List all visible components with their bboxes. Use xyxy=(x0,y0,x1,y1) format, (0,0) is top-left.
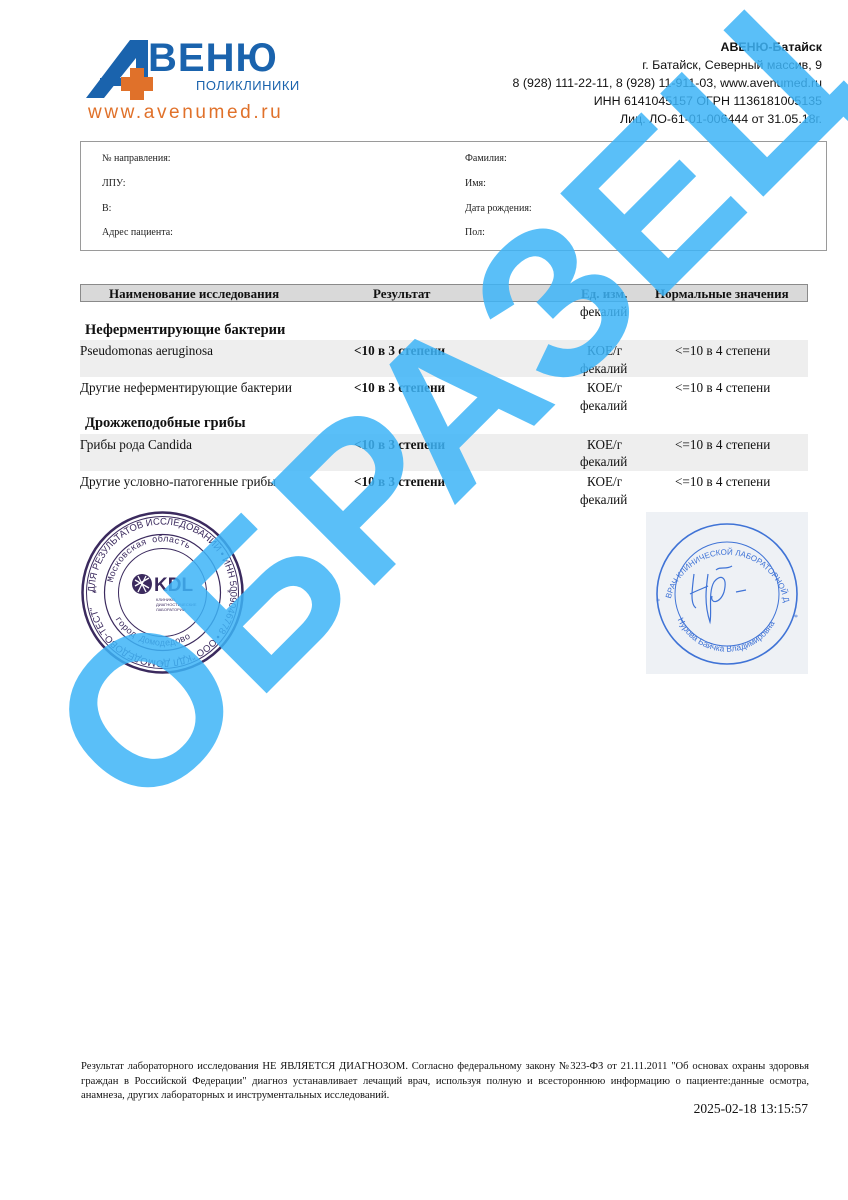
svg-text:*: * xyxy=(160,660,165,670)
table-header: Наименование исследования Результат Ед. … xyxy=(80,284,808,302)
logo-brand: ВЕНЮ xyxy=(148,38,278,78)
clinic-logo: ВЕНЮ ПОЛИКЛИНИКИ www.avenumed.ru xyxy=(86,38,306,128)
test-unit-line2: фекалий xyxy=(580,492,627,508)
report-timestamp: 2025-02-18 13:15:57 xyxy=(694,1101,808,1117)
test-result: <10 в 3 степени xyxy=(354,343,445,359)
test-name: Pseudomonas aeruginosa xyxy=(80,343,213,359)
organization-details: АВЕНЮ-Батайск г. Батайск, Северный масси… xyxy=(513,38,822,128)
table-row: Грибы рода Candida <10 в 3 степени КОЕ/г… xyxy=(80,434,808,471)
test-unit: КОЕ/г xyxy=(587,380,622,396)
org-address: г. Батайск, Северный массив, 9 xyxy=(513,56,822,74)
doctor-stamp: ВРАЧ КЛИНИЧЕСКОЙ ЛАБОРАТОРНОЙ ДИАГНОСТИК… xyxy=(646,512,808,674)
section-header: Неферментирующие бактерии xyxy=(80,320,808,340)
kdl-logo-icon: KDL КЛИНИКО- ДИАГНОСТИЧЕСКИЕ ЛАБОРАТОРИИ xyxy=(132,574,197,612)
org-ids: ИНН 6141045157 ОГРН 1136181005135 xyxy=(513,92,822,110)
test-name: Грибы рода Candida xyxy=(80,437,192,453)
svg-text:*: * xyxy=(656,597,660,606)
logo-url: www.avenumed.ru xyxy=(88,102,283,124)
v-label: В: xyxy=(102,203,111,214)
test-norm: <=10 в 4 степени xyxy=(675,437,770,453)
test-unit: КОЕ/г xyxy=(587,343,622,359)
table-row: Другие условно-патогенные грибы <10 в 3 … xyxy=(80,471,808,509)
test-unit-line2: фекалий xyxy=(580,454,627,470)
test-result: <10 в 3 степени xyxy=(354,380,445,396)
lab-seal-stamp: ДЛЯ РЕЗУЛЬТАТОВ ИССЛЕДОВАНИЙ • ИНН 50090… xyxy=(80,510,245,675)
org-license: Лиц. ЛО-61-01-006444 от 31.05.18г. xyxy=(513,110,822,128)
logo-subtitle: ПОЛИКЛИНИКИ xyxy=(196,78,300,93)
patient-address-label: Адрес пациента: xyxy=(102,227,173,238)
orphan-unit-text: фекалий xyxy=(580,304,627,320)
test-name: Другие неферментирующие бактерии xyxy=(80,380,292,396)
test-norm: <=10 в 4 степени xyxy=(675,474,770,490)
surname-label: Фамилия: xyxy=(465,153,507,164)
test-unit-line2: фекалий xyxy=(580,398,627,414)
test-result: <10 в 3 степени xyxy=(354,437,445,453)
lpu-label: ЛПУ: xyxy=(102,178,125,189)
orphan-unit-row: фекалий xyxy=(80,302,808,320)
section-title: Неферментирующие бактерии xyxy=(85,322,285,339)
column-header-norm: Нормальные значения xyxy=(655,286,789,302)
disclaimer-text: Результат лабораторного исследования НЕ … xyxy=(81,1060,809,1104)
org-name: АВЕНЮ-Батайск xyxy=(513,38,822,56)
column-header-name: Наименование исследования xyxy=(109,286,279,302)
birth-date-label: Дата рождения: xyxy=(465,203,532,214)
doctor-stamp-bottom-text: Нурова Байчка Владимировна xyxy=(676,616,777,654)
section-title: Дрожжеподобные грибы xyxy=(85,415,246,432)
sex-label: Пол: xyxy=(465,227,485,238)
patient-info-box: № направления: ЛПУ: В: Адрес пациента: Ф… xyxy=(80,141,827,251)
svg-text:*: * xyxy=(227,588,232,598)
test-norm: <=10 в 4 степени xyxy=(675,380,770,396)
test-unit: КОЕ/г xyxy=(587,437,622,453)
section-header: Дрожжеподобные грибы xyxy=(80,415,808,434)
org-contacts: 8 (928) 111-22-11, 8 (928) 11-911-03, ww… xyxy=(513,74,822,92)
first-name-label: Имя: xyxy=(465,178,486,189)
svg-text:ЛАБОРАТОРИИ: ЛАБОРАТОРИИ xyxy=(156,607,186,612)
referral-number-label: № направления: xyxy=(102,153,171,164)
svg-text:KDL: KDL xyxy=(154,575,193,596)
signature-icon xyxy=(690,566,746,622)
svg-text:*: * xyxy=(794,613,798,622)
test-result: <10 в 3 степени xyxy=(354,474,445,490)
seal-bottom-text: город Домодедово xyxy=(113,615,193,649)
test-norm: <=10 в 4 степени xyxy=(675,343,770,359)
column-header-result: Результат xyxy=(373,286,430,302)
results-table: Наименование исследования Результат Ед. … xyxy=(80,284,808,509)
table-row: Pseudomonas aeruginosa <10 в 3 степени К… xyxy=(80,340,808,377)
svg-text:*: * xyxy=(92,588,97,598)
test-unit-line2: фекалий xyxy=(580,361,627,377)
table-row: Другие неферментирующие бактерии <10 в 3… xyxy=(80,377,808,415)
test-name: Другие условно-патогенные грибы xyxy=(80,474,276,490)
test-unit: КОЕ/г xyxy=(587,474,622,490)
column-header-unit: Ед. изм. xyxy=(581,286,627,302)
